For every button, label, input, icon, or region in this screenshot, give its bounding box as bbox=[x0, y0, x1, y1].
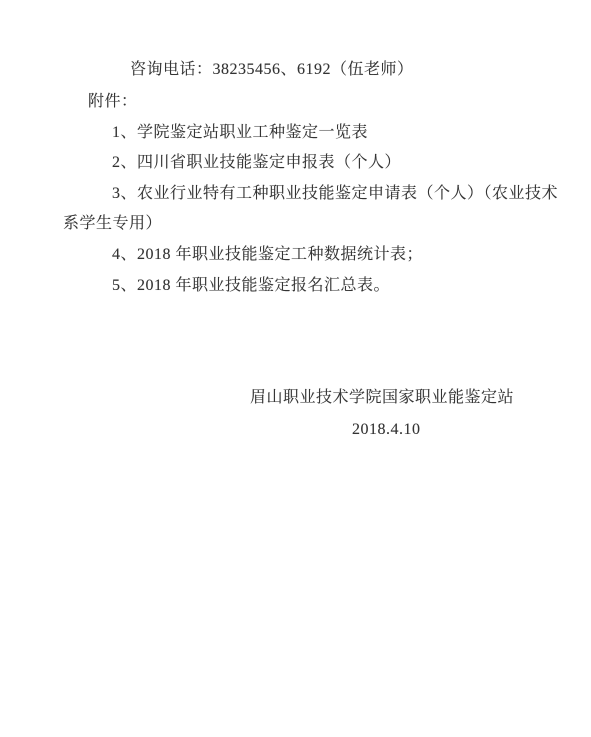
issuing-organization-signature: 眉山职业技术学院国家职业能鉴定站 bbox=[250, 388, 514, 408]
scanned-document-page: 咨询电话：38235456、6192（伍老师） 附件： 1、学院鉴定站职业工种鉴… bbox=[0, 0, 591, 737]
attachments-label: 附件： bbox=[88, 92, 138, 112]
attachment-item-3: 3、农业行业特有工种职业技能鉴定申请表（个人）（农业技术 bbox=[112, 184, 558, 204]
contact-phone-line: 咨询电话：38235456、6192（伍老师） bbox=[130, 60, 414, 80]
attachment-item-5: 5、2018 年职业技能鉴定报名汇总表。 bbox=[112, 276, 390, 296]
attachment-item-3-continuation: 系学生专用） bbox=[63, 214, 162, 234]
attachment-item-1: 1、学院鉴定站职业工种鉴定一览表 bbox=[112, 123, 368, 143]
document-date: 2018.4.10 bbox=[352, 420, 421, 440]
attachment-item-4: 4、2018 年职业技能鉴定工种数据统计表； bbox=[112, 245, 423, 265]
attachment-item-2: 2、四川省职业技能鉴定申报表（个人） bbox=[112, 153, 401, 173]
